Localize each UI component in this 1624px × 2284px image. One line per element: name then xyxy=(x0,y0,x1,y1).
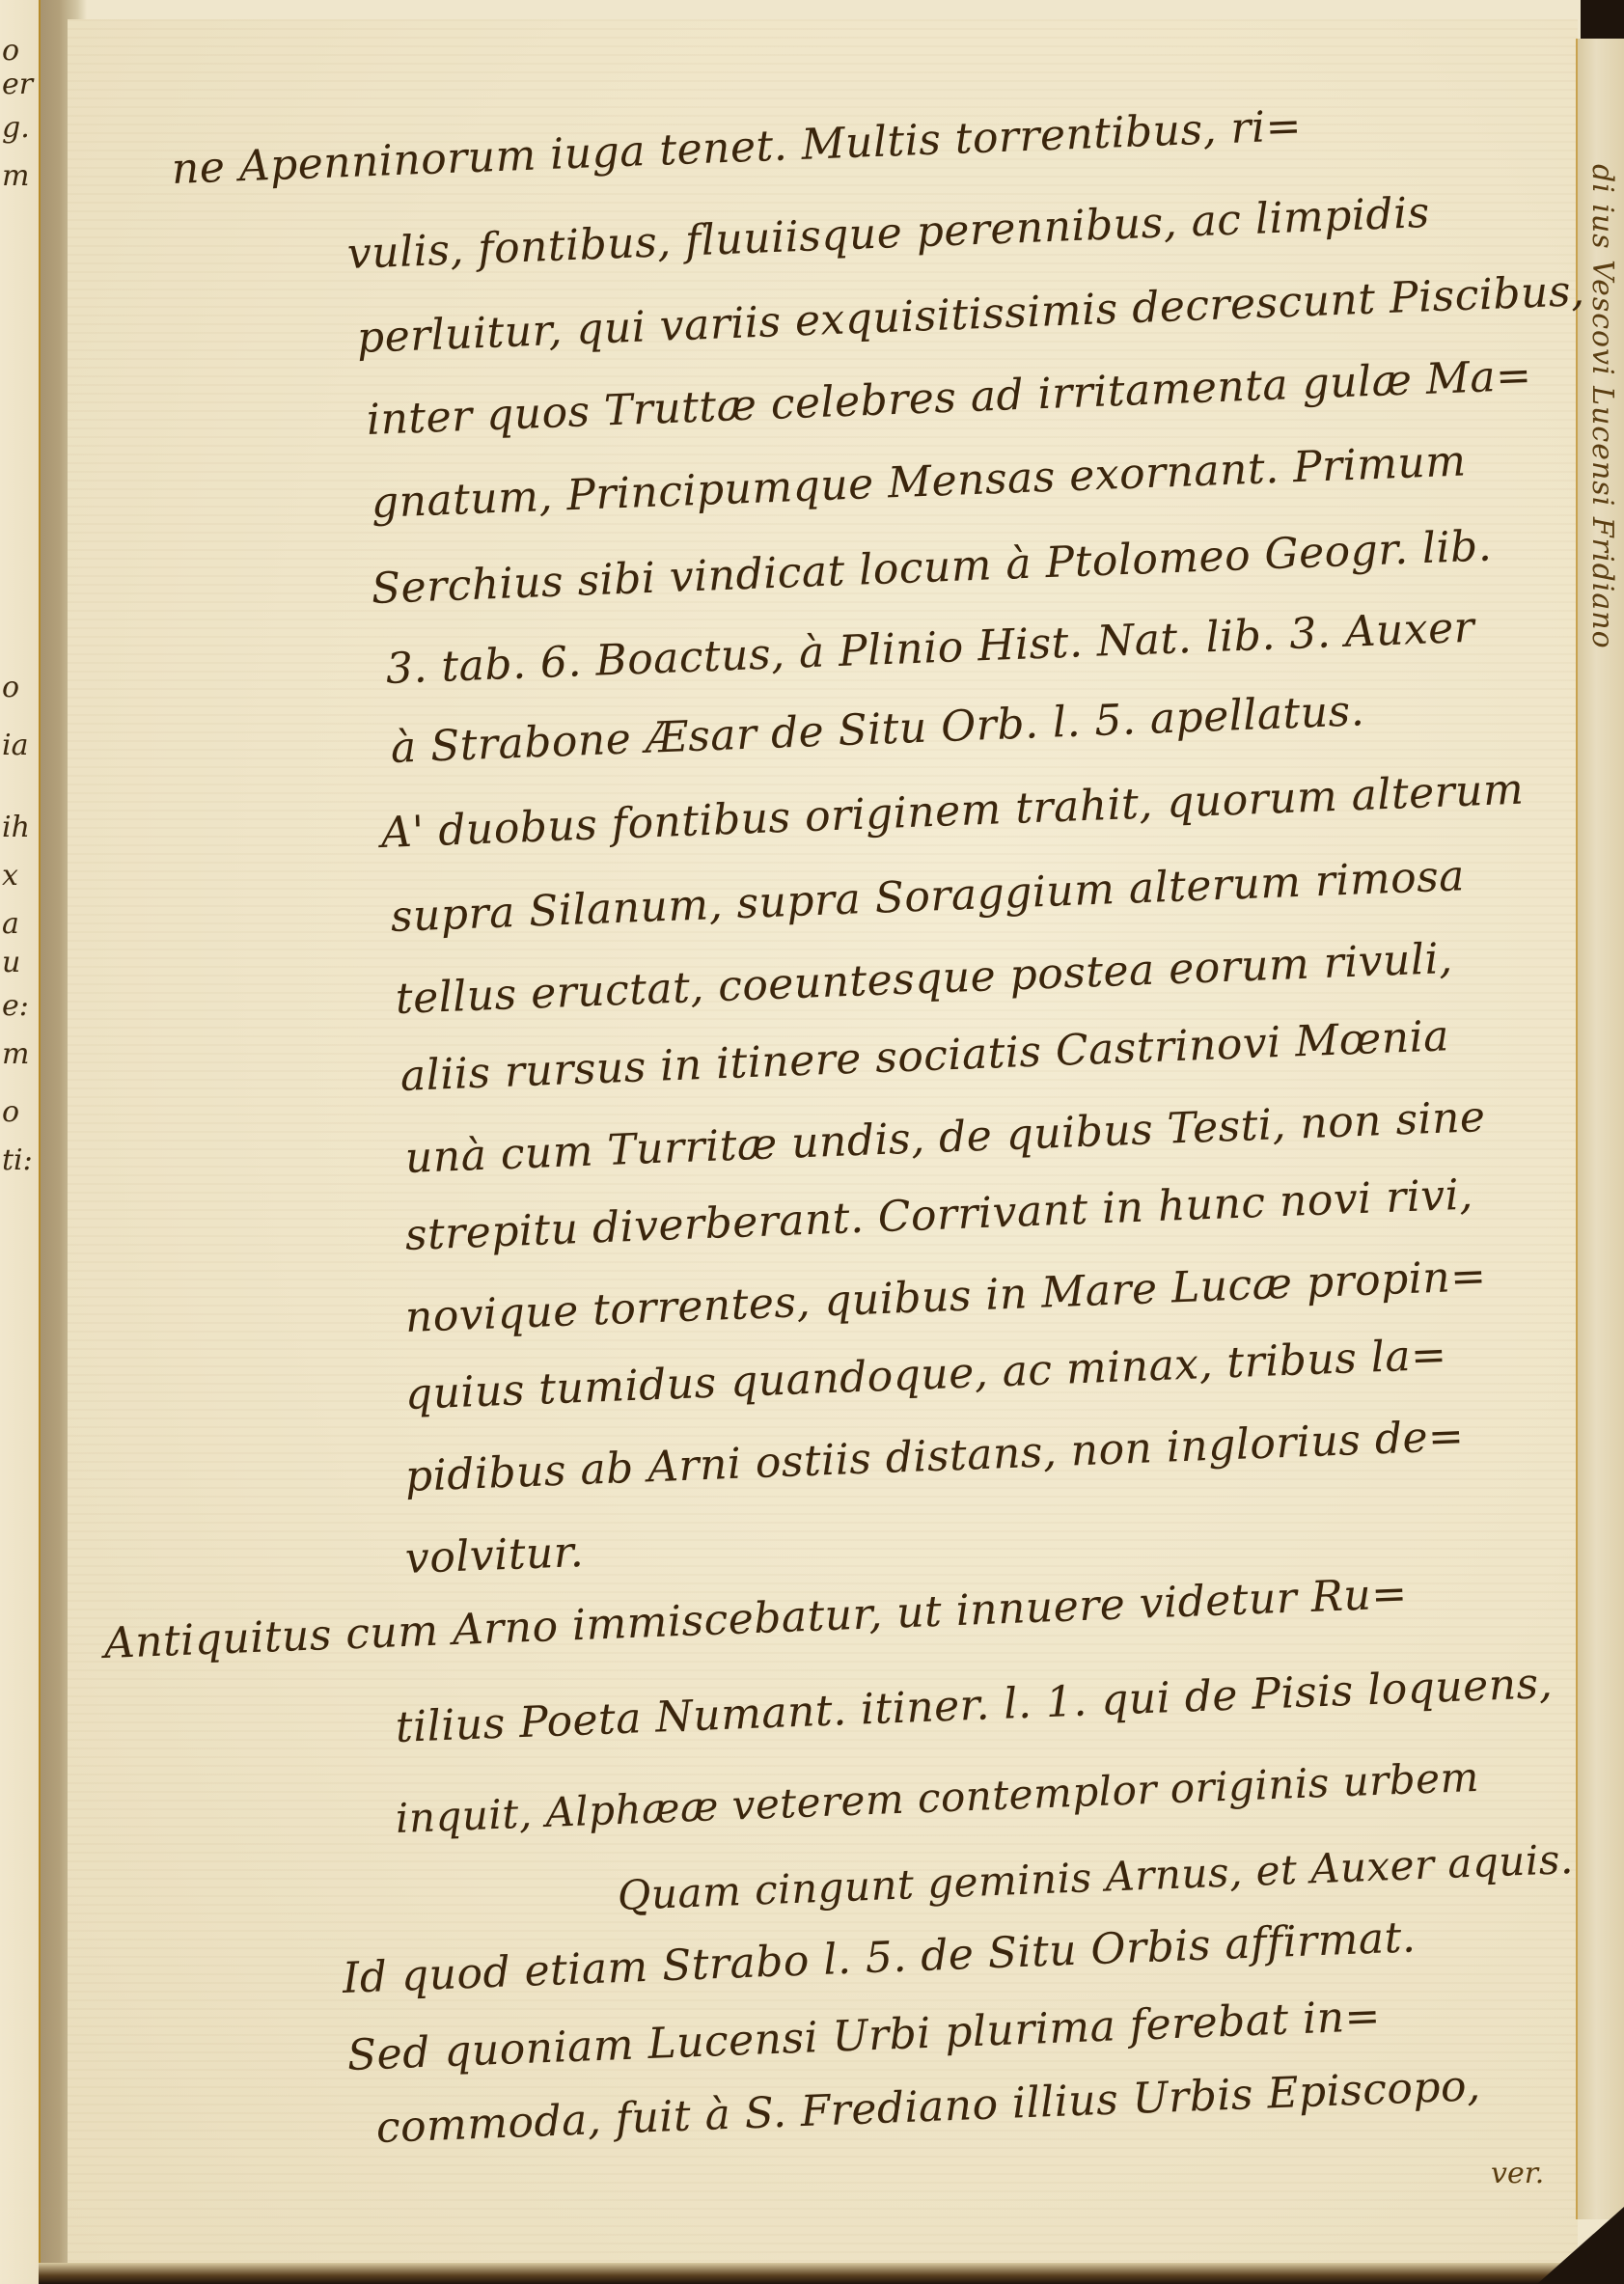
facing-page-fragment: o xyxy=(2,671,19,704)
facing-page-fragment: ih xyxy=(2,811,30,844)
facing-page-fragment: o xyxy=(2,34,19,68)
facing-page-fragment: a xyxy=(2,907,19,941)
facing-page-fragment: m xyxy=(2,159,29,193)
facing-page-fragment: m xyxy=(2,1037,29,1071)
catchword: ver. xyxy=(1491,2157,1544,2190)
margin-note: di ius Vescovi Lucensi Fridiano xyxy=(1585,164,1619,649)
facing-page-fragment: u xyxy=(2,946,20,979)
facing-page-fragment: ia xyxy=(2,729,28,762)
background-corner xyxy=(1581,0,1624,39)
facing-page-fragment: o xyxy=(2,1095,19,1129)
next-leaf-edge: di ius Vescovi Lucensi Fridiano xyxy=(1576,39,1624,2219)
text-line: volvitur. xyxy=(404,1527,585,1583)
facing-page-fragment: er xyxy=(2,68,33,101)
facing-page-fragment: ti: xyxy=(2,1143,33,1177)
manuscript-scan: o er g. m o ia ih x a u e: m o ti: di iu… xyxy=(0,0,1624,2284)
facing-page-fragment: x xyxy=(2,859,18,893)
facing-page-fragment: e: xyxy=(2,989,29,1023)
facing-page-edge: o er g. m o ia ih x a u e: m o ti: xyxy=(0,0,41,2284)
facing-page-fragment: g. xyxy=(2,111,30,145)
page-bottom-edge xyxy=(39,2263,1624,2284)
